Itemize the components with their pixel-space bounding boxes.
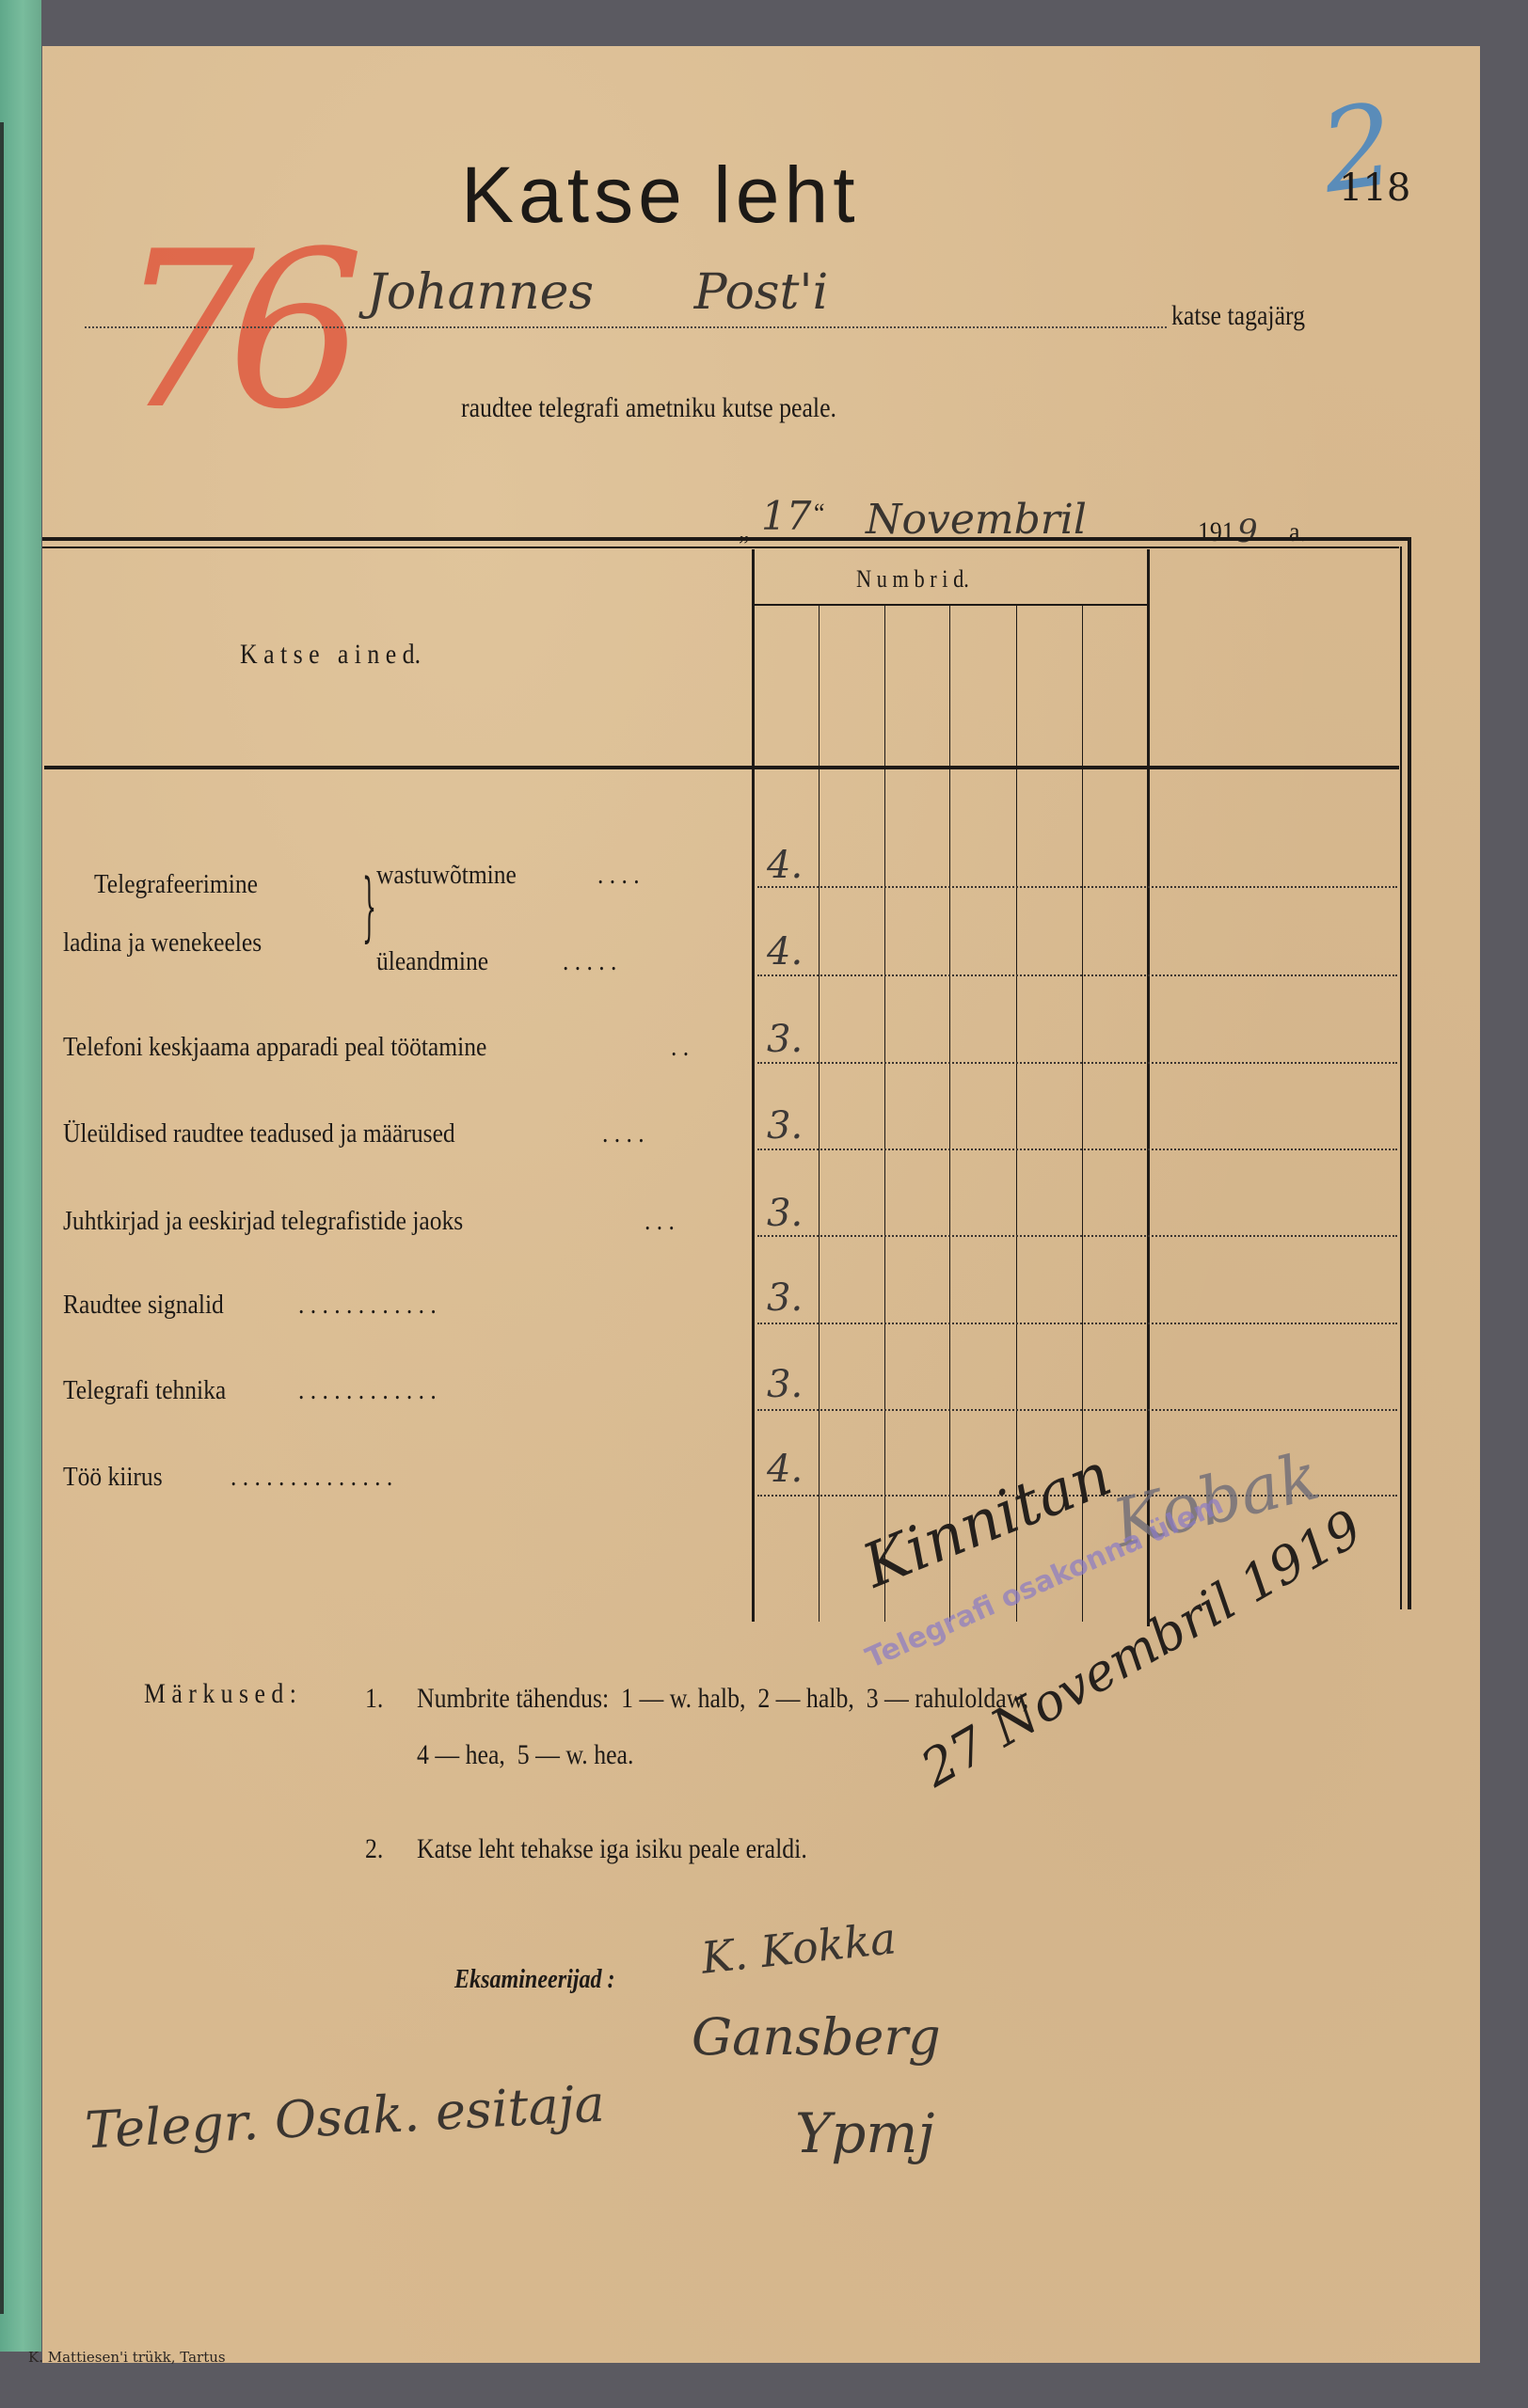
printer-imprint: K. Mattiesen'i trükk, Tartus — [28, 2349, 226, 2366]
row-dotted-rule — [757, 1235, 1397, 1237]
group-label-line2: ladina ja wenekeeles — [63, 927, 262, 958]
date-day: 17 — [761, 493, 811, 539]
examiner-signature-1: K. Kokka — [699, 1912, 899, 1983]
grades-right-border — [1147, 549, 1150, 1626]
row-grade: 3. — [767, 1276, 803, 1320]
row-dotted-rule — [757, 974, 1397, 976]
row-grade: 4. — [767, 1448, 803, 1491]
row-label: Töö kiirus — [63, 1462, 163, 1493]
examiners-label: Eksamineerijad : — [454, 1965, 615, 1995]
note1-line2: 4 — hea, 5 — w. hea. — [417, 1739, 633, 1771]
note2-number: 2. — [365, 1833, 383, 1865]
row-dotted-rule — [757, 1062, 1397, 1064]
note1-number: 1. — [365, 1683, 383, 1715]
row-leader: . . . . . . . . . . . . — [298, 1290, 437, 1321]
row-grade: 3. — [767, 1018, 803, 1061]
grade-col-divider — [1016, 606, 1017, 1622]
row-leader: . . . — [645, 1206, 675, 1237]
date-year-handwritten: 9 — [1237, 513, 1258, 550]
group-brace-icon: } — [362, 863, 376, 950]
date-line: „ 17 “ Novembril 191 9 a. — [739, 488, 1435, 554]
date-year-printed: 191 — [1198, 516, 1234, 548]
row-leader: . . . . — [597, 860, 640, 891]
note2-text: Katse leht tehakse iga isiku peale erald… — [417, 1833, 807, 1865]
table-right-border-inner — [1400, 547, 1402, 1609]
row-grade: 3. — [767, 1192, 803, 1235]
row-leader: . . . . . . . . . . . . — [298, 1375, 437, 1406]
grade-col-divider — [819, 606, 820, 1622]
row-label: Üleüldised raudtee teadused ja määrused — [63, 1118, 455, 1149]
page-title: Katse leht — [461, 150, 860, 241]
date-suffix: a. — [1289, 516, 1306, 548]
grades-header: N u m b r i d. — [856, 565, 969, 594]
note1-line1: Numbrite tähendus: 1 — w. halb, 2 — halb… — [417, 1683, 1028, 1715]
row-grade: 3. — [767, 1104, 803, 1148]
row-dotted-rule — [757, 1149, 1397, 1150]
row-dotted-rule — [757, 886, 1397, 888]
date-close-quote: “ — [814, 498, 824, 530]
row-grade: 4. — [767, 930, 803, 974]
row-dotted-rule — [757, 1409, 1397, 1411]
group-label-line1: Telegrafeerimine — [94, 869, 258, 900]
document-page: 2 118 Katse leht 76 Johannes Post'i kats… — [42, 46, 1480, 2363]
row-leader: . . . . . — [563, 946, 616, 977]
subjects-header: K a t s e a i n e d. — [240, 639, 421, 671]
binder-spine — [0, 0, 41, 2352]
name-line — [85, 326, 1167, 328]
row-leader: . . . . — [602, 1118, 645, 1149]
table-top-border — [42, 537, 1409, 541]
candidate-name: Johannes Post'i — [367, 264, 828, 321]
subtitle: raudtee telegrafi ametniku kutse peale. — [461, 392, 836, 424]
grade-col-divider — [884, 606, 885, 1622]
table-right-border — [1408, 537, 1411, 1609]
grade-col-divider — [949, 606, 950, 1622]
page-number: 118 — [1339, 166, 1410, 210]
name-suffix: katse tagajärg — [1171, 300, 1305, 332]
row-label: Telegrafi tehnika — [63, 1375, 226, 1406]
row-label: wastuwõtmine — [376, 860, 517, 891]
row-dotted-rule — [757, 1323, 1397, 1324]
row-label: Juhtkirjad ja eeskirjad telegrafistide j… — [63, 1206, 463, 1237]
representative-line: Telegr. Osak. esitaja — [84, 2074, 606, 2161]
row-grade: 4. — [767, 844, 803, 887]
notes-label: M ä r k u s e d : — [144, 1678, 296, 1710]
row-label: üleandmine — [376, 946, 488, 977]
table-header-bottom — [44, 766, 1399, 769]
row-label: Raudtee signalid — [63, 1290, 224, 1321]
red-pencil-mark: 76 — [118, 206, 337, 457]
date-open-quote: „ — [739, 515, 749, 547]
representative-signature: Ypmj — [795, 2101, 934, 2165]
grades-left-border — [752, 549, 755, 1622]
examiner-signature-2: Gansberg — [692, 2007, 941, 2067]
row-grade: 3. — [767, 1363, 803, 1406]
binder-spine-edge — [0, 122, 4, 2314]
numbrid-underline — [755, 604, 1147, 606]
row-label: Telefoni keskjaama apparadi peal töötami… — [63, 1032, 486, 1063]
row-leader: . . — [671, 1032, 689, 1063]
row-leader: . . . . . . . . . . . . . . — [231, 1462, 392, 1493]
table-top-border-inner — [42, 547, 1399, 548]
